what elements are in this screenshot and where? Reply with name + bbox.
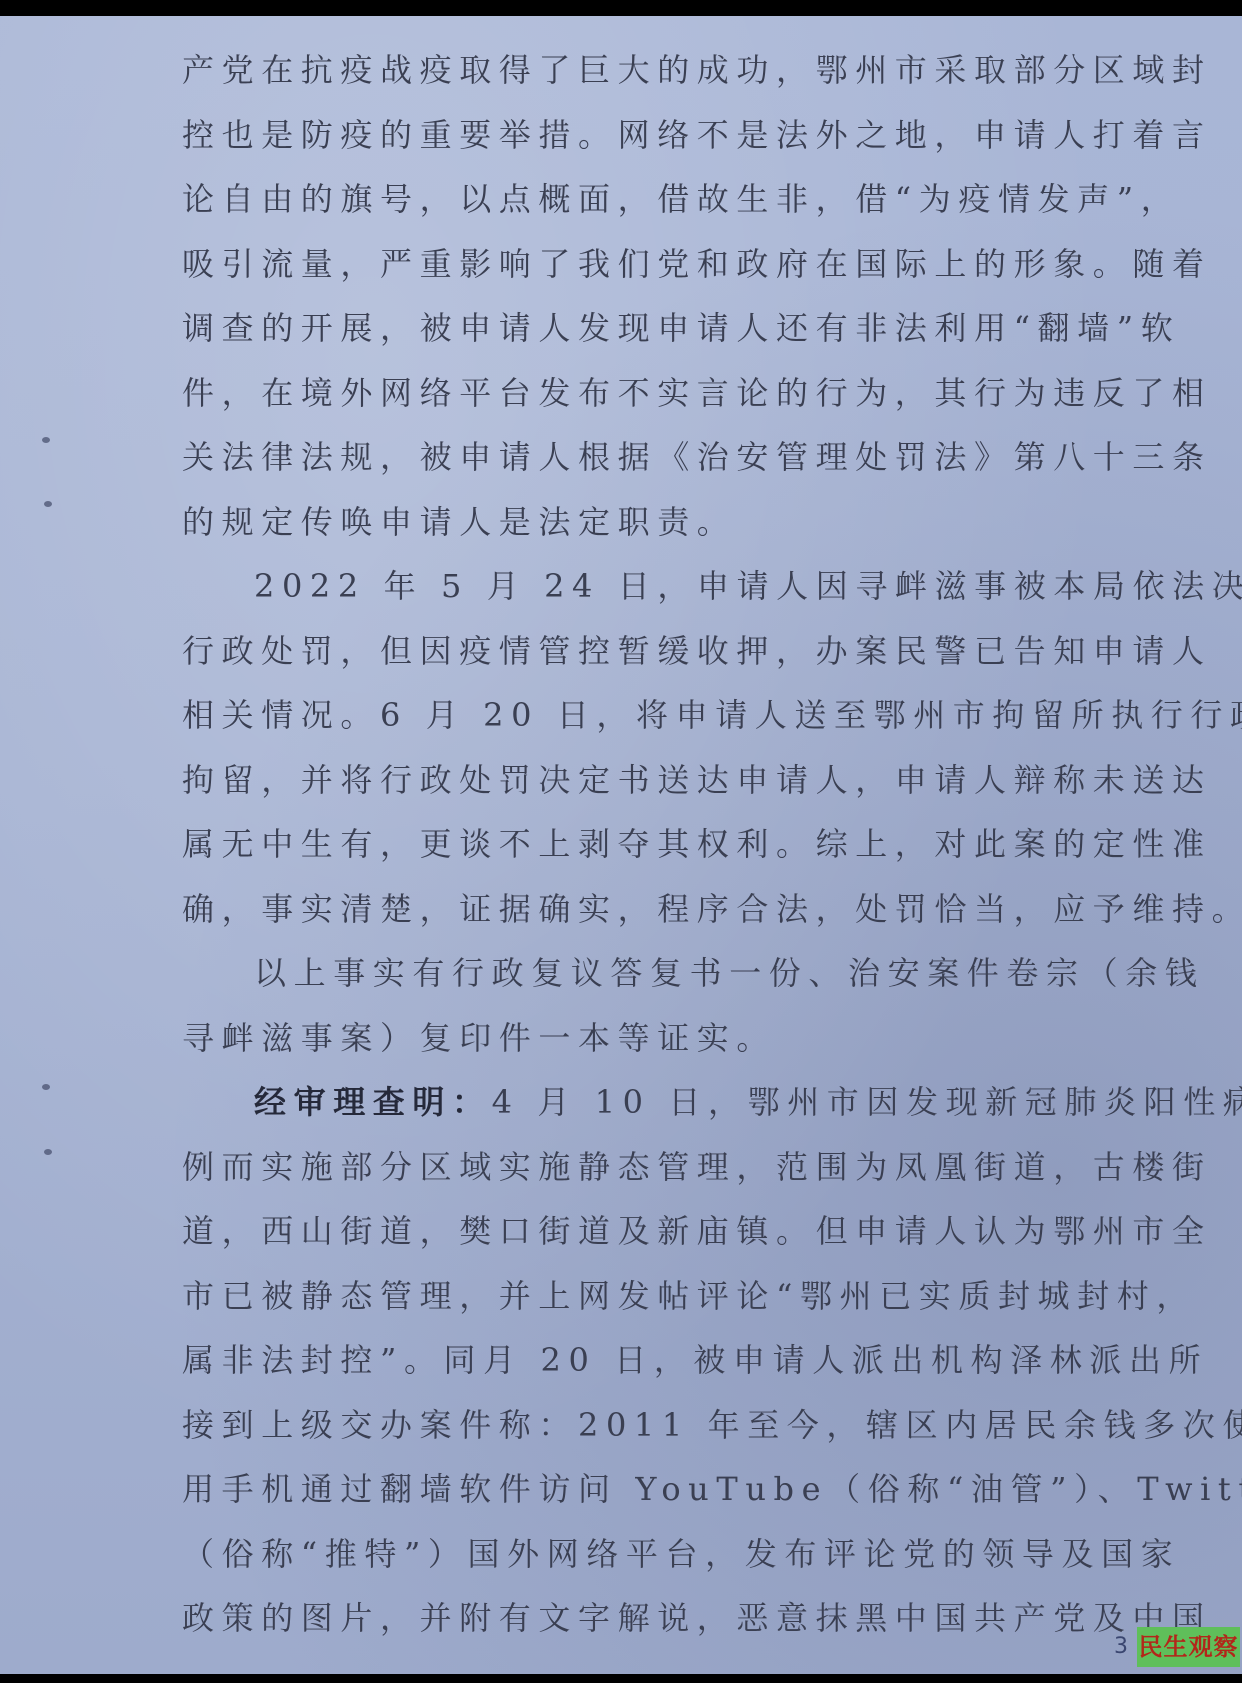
text-line: 例而实施部分区域实施静态管理，范围为凤凰街道，古楼街 — [182, 1135, 1142, 1200]
paragraph-penalty: 2022 年 5 月 24 日，申请人因寻衅滋事被本局依法决定 行政处罚，但因疫… — [182, 554, 1142, 941]
text-line: 论自由的旗号，以点概面，借故生非，借“为疫情发声”， — [182, 167, 1142, 232]
binding-hole-mark — [42, 1084, 50, 1090]
document-page-photo: 产党在抗疫战疫取得了巨大的成功，鄂州市采取部分区域封 控也是防疫的重要举措。网络… — [0, 16, 1242, 1674]
text-line: 相关情况。6 月 20 日，将申请人送至鄂州市拘留所执行行政 — [182, 683, 1142, 748]
text-line: 寻衅滋事案）复印件一本等证实。 — [182, 1006, 1142, 1071]
bottom-black-border — [0, 1674, 1242, 1683]
text-line: 用手机通过翻墙软件访问 YouTube（俗称“油管”）、Twitter — [182, 1457, 1142, 1522]
text-line: 产党在抗疫战疫取得了巨大的成功，鄂州市采取部分区域封 — [182, 38, 1142, 103]
text-line: 属非法封控”。同月 20 日，被申请人派出机构泽林派出所 — [182, 1328, 1142, 1393]
text-line: 以上事实有行政复议答复书一份、治安案件卷宗（余钱 — [182, 941, 1142, 1006]
text-line: 属无中生有，更谈不上剥夺其权利。综上，对此案的定性准 — [182, 812, 1142, 877]
text-line: 行政处罚，但因疫情管控暂缓收押，办案民警已告知申请人 — [182, 619, 1142, 684]
text-line: 2022 年 5 月 24 日，申请人因寻衅滋事被本局依法决定 — [182, 554, 1142, 619]
text-line: 调查的开展，被申请人发现申请人还有非法利用“翻墙”软 — [182, 296, 1142, 361]
paragraph-respondent-statement: 产党在抗疫战疫取得了巨大的成功，鄂州市采取部分区域封 控也是防疫的重要举措。网络… — [182, 38, 1142, 554]
text-line: （俗称“推特”）国外网络平台，发布评论党的领导及国家 — [182, 1522, 1142, 1587]
text-line: 控也是防疫的重要举措。网络不是法外之地，申请人打着言 — [182, 103, 1142, 168]
text-line: 关法律法规，被申请人根据《治安管理处罚法》第八十三条 — [182, 425, 1142, 490]
watermark-label: 民生观察 — [1137, 1627, 1240, 1667]
page-number: 3 — [1114, 1634, 1128, 1659]
paragraph-findings: 经审理查明：4 月 10 日，鄂州市因发现新冠肺炎阳性病 例而实施部分区域实施静… — [182, 1070, 1142, 1651]
paragraph-evidence: 以上事实有行政复议答复书一份、治安案件卷宗（余钱 寻衅滋事案）复印件一本等证实。 — [182, 941, 1142, 1070]
text-line: 件，在境外网络平台发布不实言论的行为，其行为违反了相 — [182, 361, 1142, 426]
text-line: 政策的图片，并附有文字解说，恶意抹黑中国共产党及中国 — [182, 1586, 1142, 1651]
binding-hole-mark — [42, 437, 50, 443]
text-line: 道，西山街道，樊口街道及新庙镇。但申请人认为鄂州市全 — [182, 1199, 1142, 1264]
top-black-border — [0, 0, 1242, 16]
text-line: 经审理查明：4 月 10 日，鄂州市因发现新冠肺炎阳性病 — [182, 1070, 1142, 1135]
text-line: 接到上级交办案件称：2011 年至今，辖区内居民余钱多次使 — [182, 1393, 1142, 1458]
findings-heading: 经审理查明： — [254, 1083, 492, 1121]
text-line: 吸引流量，严重影响了我们党和政府在国际上的形象。随着 — [182, 232, 1142, 297]
binding-hole-mark — [44, 501, 52, 507]
text-line: 的规定传唤申请人是法定职责。 — [182, 490, 1142, 555]
document-body: 产党在抗疫战疫取得了巨大的成功，鄂州市采取部分区域封 控也是防疫的重要举措。网络… — [182, 38, 1142, 1651]
binding-hole-mark — [44, 1149, 52, 1155]
text-line: 拘留，并将行政处罚决定书送达申请人，申请人辩称未送达 — [182, 748, 1142, 813]
text-line: 市已被静态管理，并上网发帖评论“鄂州已实质封城封村， — [182, 1264, 1142, 1329]
text-line: 确，事实清楚，证据确实，程序合法，处罚恰当，应予维持。 — [182, 877, 1142, 942]
findings-first-line: 4 月 10 日，鄂州市因发现新冠肺炎阳性病 — [492, 1083, 1242, 1121]
